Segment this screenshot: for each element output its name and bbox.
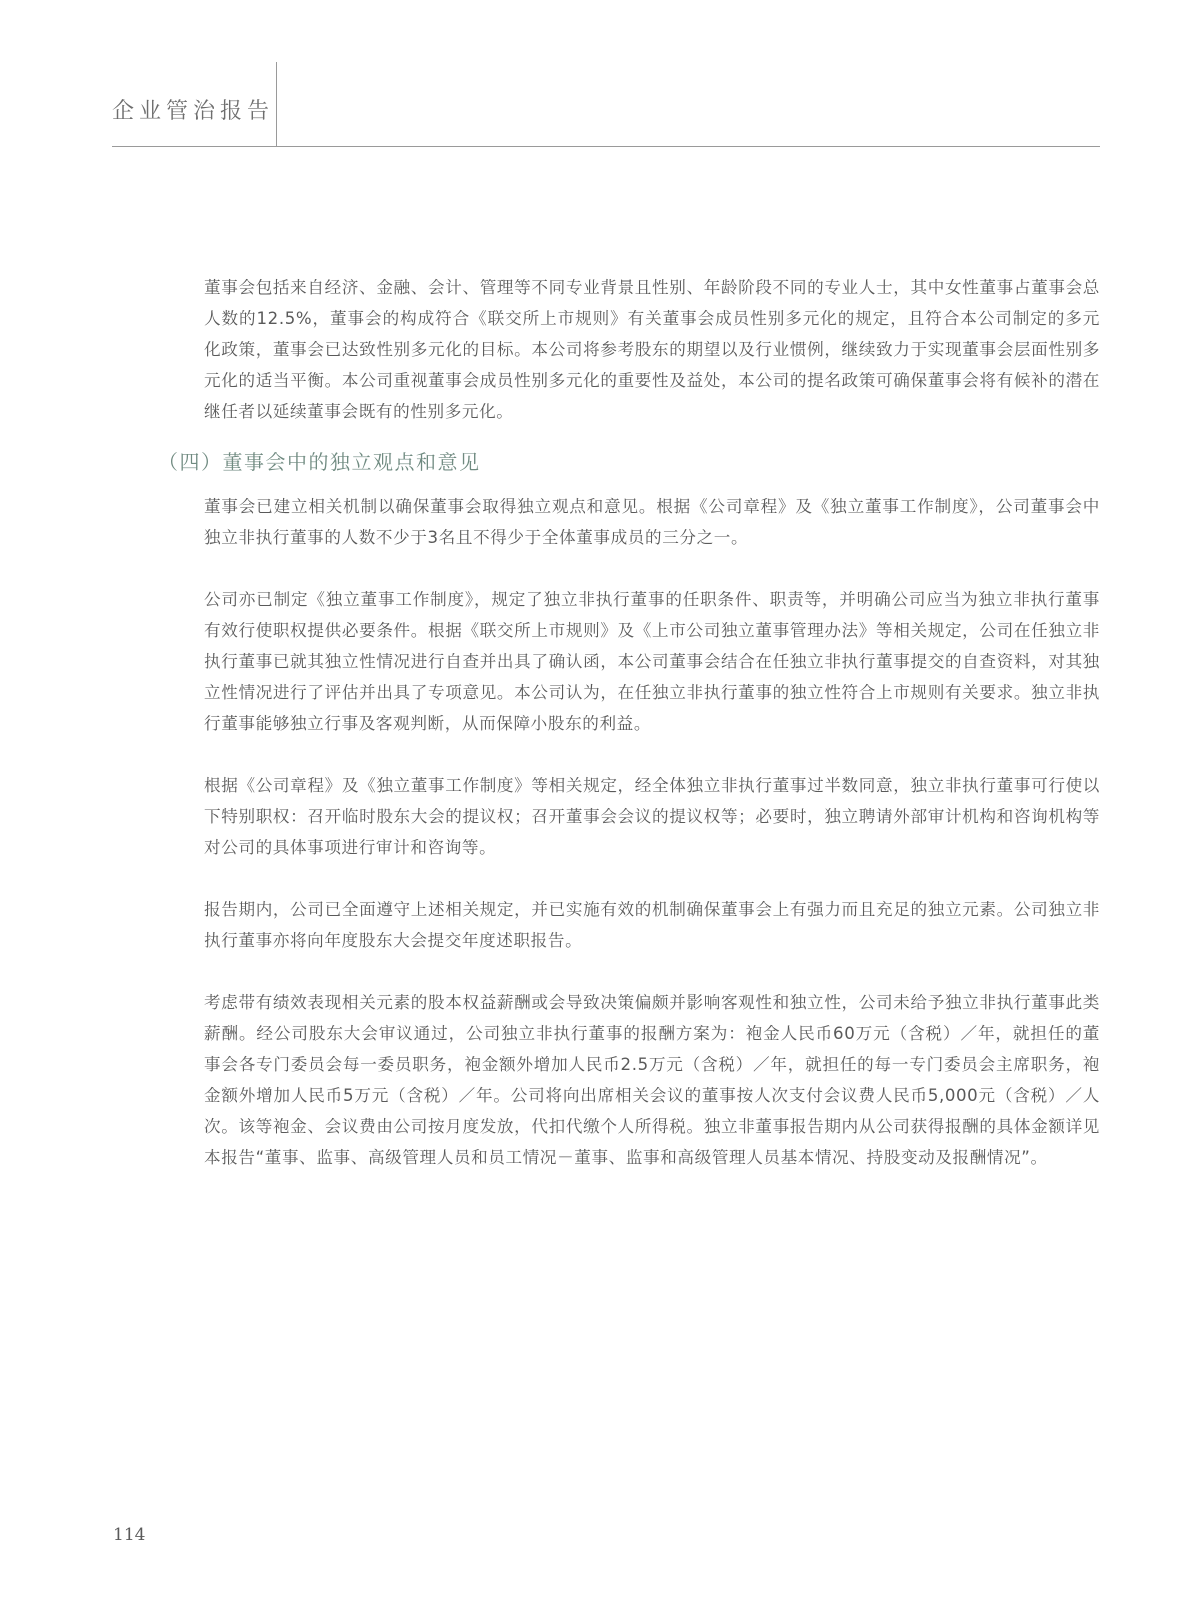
paragraph-remuneration: 考虑带有绩效表现相关元素的股本权益薪酬或会导致决策偏颇并影响客观性和独立性，公司… (204, 987, 1100, 1173)
header-vertical-divider (276, 62, 277, 147)
header-horizontal-divider (112, 146, 1100, 147)
paragraph-mechanism: 董事会已建立相关机制以确保董事会取得独立观点和意见。根据《公司章程》及《独立董事… (204, 491, 1100, 553)
paragraph-gender-diversity: 董事会包括来自经济、金融、会计、管理等不同专业背景且性别、年龄阶段不同的专业人士… (204, 272, 1100, 427)
paragraph-work-rules: 公司亦已制定《独立董事工作制度》，规定了独立非执行董事的任职条件、职责等，并明确… (204, 584, 1100, 739)
page-number: 114 (113, 1525, 145, 1545)
running-title: 企业管治报告 (112, 94, 274, 125)
paragraph-special-powers: 根据《公司章程》及《独立董事工作制度》等相关规定，经全体独立非执行董事过半数同意… (204, 770, 1100, 863)
page-header: 企业管治报告 (112, 0, 1100, 148)
paragraph-compliance: 报告期内，公司已全面遵守上述相关规定，并已实施有效的机制确保董事会上有强力而且充… (204, 894, 1100, 956)
main-content: 董事会包括来自经济、金融、会计、管理等不同专业背景且性别、年龄阶段不同的专业人士… (204, 272, 1100, 1173)
section-heading: （四）董事会中的独立观点和意见 (158, 447, 1054, 477)
